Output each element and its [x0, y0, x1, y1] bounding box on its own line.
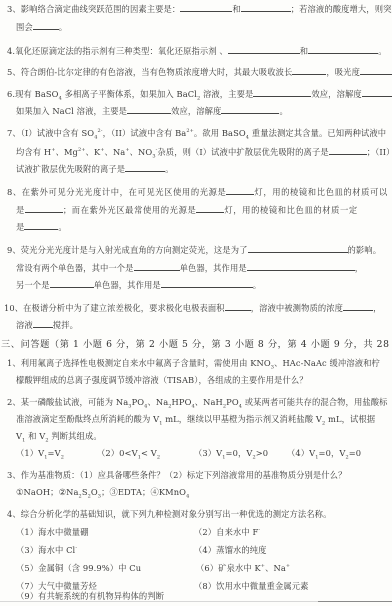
question-text: 试液扩散层优先吸附的离子是	[16, 164, 125, 174]
item-text: 、Na	[265, 563, 286, 573]
question-number: 3、	[7, 470, 21, 480]
answer-blank[interactable]	[33, 319, 53, 328]
short-answer-1-cont: 檬酸钾组成的总离子强度调节缓冲溶液（TISAB），各组成的主要作用是什么？	[16, 375, 308, 386]
question-6: 6.现有 BaSO4 多相离子平衡体系，如果加入 BaCl2 溶液，主要是效应，…	[7, 88, 392, 100]
question-text: 单色器，其作用是	[180, 263, 247, 273]
item-text: （2）自来水中 F	[194, 527, 258, 537]
answer-blank[interactable]	[225, 302, 251, 311]
question-text: 、Mg	[56, 147, 78, 157]
question-9-cont2: 另一个是单色器，其作用是。	[16, 279, 261, 291]
item-2: （2）自来水中 F-	[194, 527, 260, 538]
question-text: ；而在紫外光区最常使用的光源是	[63, 205, 196, 215]
question-text: 荧光分光光度计是与入射光成直角的方向测定荧光，这是为了	[21, 245, 248, 255]
superscript: -	[75, 545, 77, 551]
question-text: 、Na	[147, 397, 168, 407]
item-4: （4）蒸馏水的纯度	[194, 545, 267, 556]
question-text: 、K	[86, 147, 101, 157]
option-4: （4）V1=0，V2=0	[287, 448, 361, 459]
option-text: =0，V	[226, 448, 253, 458]
question-text: ，溶液中被测物质的浓度	[251, 303, 343, 313]
question-text: 符合朗伯-比尔定律的有色溶液，当有色物质浓度增大时，其最大吸收波长	[21, 67, 293, 77]
question-text: 、NaH	[195, 397, 223, 407]
question-10-cont: 溶液搅拌。	[16, 319, 78, 331]
item-5: （5）金属铜（含 99.9%）中 Cu	[16, 563, 141, 574]
question-number: 4.	[7, 46, 15, 56]
question-text: 在紫外可见分光光度计中，在可见光区使用的光源是	[22, 187, 227, 197]
short-answer-4: 4、综合分析化学的基础知识，就下列九种检测对象分别写出一种优选的测定方法名称。	[7, 509, 331, 520]
question-number: 3、	[7, 4, 21, 14]
question-text: mL，继续以甲基橙为指示剂又消耗盐酸 V	[162, 414, 322, 424]
answer-blank[interactable]	[127, 105, 171, 114]
answer-blank[interactable]	[161, 279, 253, 288]
item-text: （6）矿泉水中 K	[196, 563, 261, 573]
question-text: HPO	[172, 397, 192, 407]
question-text: 和	[232, 4, 240, 14]
question-number: 7、	[7, 128, 21, 138]
answer-blank[interactable]	[24, 221, 58, 230]
question-number: 1、	[7, 358, 21, 368]
answer-blank[interactable]	[196, 204, 224, 213]
item-text: （8）饮用水中微量重金属元素	[194, 581, 309, 591]
option-text: （2）0<V	[97, 448, 138, 458]
question-text: 重量法测定其含量。已知两种试液中	[249, 128, 386, 138]
question-number: 8、	[7, 187, 22, 197]
question-text: 。	[165, 164, 173, 174]
question-text: （I）试液中含有 SO	[21, 128, 94, 138]
question-text: 和 V	[25, 431, 45, 441]
answer-blank[interactable]	[50, 279, 94, 288]
question-7: 7、（I）试液中含有 SO42-，（II）试液中含有 Ba2+。欲用 BaSO4…	[7, 128, 386, 139]
question-text: 、HAc-NaAc 缓冲溶液和柠	[274, 358, 380, 368]
item-text: （9）有共轭系统的有机物异构体的判断	[16, 591, 164, 601]
question-text: 溶液，主要是	[200, 89, 253, 99]
question-text: 如果加入 NaCl 溶液，主要是	[16, 106, 127, 116]
exam-page: 3、影响络合滴定曲线突跃范围的因素主要是：和；若溶液的酸度增大，则突跃范 围会。…	[0, 0, 392, 606]
answer-blank[interactable]	[134, 262, 180, 271]
answer-blank[interactable]	[221, 105, 279, 114]
short-answer-3-cont: ①NaOH；②Na2S2O3；③EDTA；④KMnO4	[16, 487, 189, 498]
question-4: 4.氧化还原滴定法的指示剂有三种类型：氧化还原指示剂 、和。	[7, 45, 387, 57]
question-text: 檬酸钾组成的总离子强度调节缓冲溶液（TISAB），各组成的主要作用是什么？	[16, 375, 308, 385]
answer-blank[interactable]	[362, 88, 392, 97]
question-3-cont: 围会。	[16, 21, 67, 33]
question-text: 多相离子平衡体系，如果加入 BaCl	[62, 89, 197, 99]
question-number: 9、	[7, 245, 21, 255]
question-text: 在极谱分析中为了建立浓差极化，要求极化电极表面积	[23, 303, 225, 313]
question-text: 。	[59, 22, 67, 32]
question-8-cont2: 是。	[16, 221, 67, 233]
question-text: 。	[378, 46, 386, 56]
option-text: =0，V	[319, 448, 346, 458]
subscript: 2	[61, 455, 64, 461]
answer-blank[interactable]	[226, 186, 254, 195]
answer-blank[interactable]	[25, 204, 63, 213]
question-text: 综合分析化学的基础知识，就下列九种检测对象分别写出一种优选的测定方法名称。	[21, 509, 332, 519]
question-text: 是	[16, 222, 24, 232]
answer-blank[interactable]	[253, 88, 311, 97]
question-text: 利用氟离子选择性电极测定自来水中氟离子含量时，需使用由 KNO	[21, 358, 271, 368]
answer-blank[interactable]	[228, 45, 300, 54]
option-text: < V	[141, 448, 157, 458]
superscript: +	[286, 563, 290, 569]
item-text: （4）蒸馏水的纯度	[194, 545, 267, 555]
item-3: （3）海水中 Cl-	[16, 545, 77, 556]
question-text: 围会	[16, 22, 33, 32]
option-text: =0	[349, 448, 361, 458]
item-text: （7）大气中微量芳烃	[16, 581, 97, 591]
item-8: （8）饮用水中微量重金属元素	[194, 581, 309, 592]
question-9-cont: 常设有两个单色器，其中一个是单色器，其作用是，	[16, 262, 363, 274]
option-text: （3）V	[194, 448, 222, 458]
question-text: ；③EDTA；④KMnO	[101, 487, 186, 497]
option-text: （1）V	[16, 448, 44, 458]
question-number: 2、	[7, 397, 21, 407]
answer-blank[interactable]	[248, 244, 348, 253]
answer-blank[interactable]	[33, 21, 59, 30]
question-text: 是	[16, 205, 25, 215]
question-text: ；若溶液的酸度增大，则突跃范	[291, 4, 392, 14]
question-text: ，吸光度	[326, 67, 360, 77]
short-answer-1: 1、利用氟离子选择性电极测定自来水中氟离子含量时，需使用由 KNO3、HAc-N…	[7, 358, 380, 369]
question-text: PO	[226, 397, 239, 407]
question-text: 效应，溶解度	[171, 106, 221, 116]
question-8-cont: 是；而在紫外光区最常使用的光源是灯，用的棱镜和比色皿的材质一定	[16, 204, 358, 216]
question-5: 5、符合朗伯-比尔定律的有色溶液，当有色物质浓度增大时，其最大吸收波长，吸光度。	[7, 66, 392, 78]
answer-blank[interactable]	[343, 302, 373, 311]
question-text: 另一个是	[16, 280, 50, 290]
item-text: （1）海水中微量硼	[16, 527, 89, 537]
question-text: 和	[300, 46, 308, 56]
question-text: 、Na	[105, 147, 126, 157]
question-text: 准溶液滴定至酚酞终点所消耗的酸为 V	[16, 414, 159, 424]
question-text: 判断其组成。	[49, 431, 102, 441]
subscript: 4	[186, 494, 189, 500]
item-text: （5）金属铜（含 99.9%）中 Cu	[16, 563, 141, 573]
question-text: 单色器，其作用是	[94, 280, 161, 290]
page-bottom-shadow	[318, 601, 392, 602]
subscript: 3	[152, 154, 155, 160]
question-text: 。	[253, 280, 261, 290]
answer-blank[interactable]	[292, 66, 326, 75]
question-text: 影响络合滴定曲线突跃范围的因素主要是：	[21, 4, 181, 14]
answer-blank[interactable]	[125, 163, 165, 172]
option-text: =V	[48, 448, 61, 458]
question-text: mL，试根据	[325, 414, 375, 424]
answer-blank[interactable]	[329, 146, 367, 155]
section-3-title: 三、问答题（第 1 小题 6 分，第 2 小题 5 分，第 3 小题 8 分，第…	[1, 339, 392, 350]
question-text: 常设有两个单色器，其中一个是	[16, 263, 134, 273]
question-text: ，	[373, 303, 381, 313]
short-answer-2-cont: 准溶液滴定至酚酞终点所消耗的酸为 V1 mL，继续以甲基橙为指示剂又消耗盐酸 V…	[16, 414, 375, 425]
question-text: 灯，用的棱镜和比色皿的材质一定	[224, 205, 357, 215]
question-text: 溶液	[16, 320, 33, 330]
short-answer-2-cont2: V1 和 V2 判断其组成。	[16, 431, 102, 442]
superscript: 2+	[78, 147, 86, 153]
question-text: 、NO	[130, 147, 153, 157]
question-number: 5、	[7, 67, 21, 77]
option-1: （1）V1=V2	[16, 448, 64, 459]
item-6: （6）矿泉水中 K+、Na+	[196, 563, 290, 574]
question-number: 4、	[7, 509, 21, 519]
question-text: 。	[58, 222, 66, 232]
subscript: 2	[157, 455, 160, 461]
question-text: 现有 BaSO	[15, 89, 58, 99]
subscript: 4	[94, 135, 97, 141]
answer-blank[interactable]	[360, 66, 392, 75]
question-text: 灯，用的棱镜和比色皿的材质可以	[254, 187, 387, 197]
option-2: （2）0<V1< V2	[97, 448, 160, 459]
question-text: 效应，溶解度	[311, 89, 361, 99]
question-text: 搅拌。	[53, 320, 78, 330]
question-text: 。	[279, 106, 287, 116]
question-text: 某一磷酸盐试液，可能为 Na	[21, 397, 129, 407]
question-number: 6.	[7, 89, 15, 99]
question-number: 10、	[4, 303, 23, 313]
answer-blank[interactable]	[241, 3, 291, 12]
question-text: O	[91, 487, 98, 497]
question-3: 3、影响络合滴定曲线突跃范围的因素主要是：和；若溶液的酸度增大，则突跃范	[7, 3, 392, 15]
question-text: ，（II）试液中含有 Ba	[103, 128, 187, 138]
question-6-cont: 如果加入 NaCl 溶液，主要是效应，溶解度。	[16, 105, 288, 117]
question-10: 10、在极谱分析中为了建立浓差极化，要求极化电极表面积，溶液中被测物质的浓度，	[4, 302, 381, 314]
option-text: （4）V	[287, 448, 315, 458]
answer-blank[interactable]	[247, 262, 355, 271]
question-8: 8、在紫外可见分光光度计中，在可见光区使用的光源是灯，用的棱镜和比色皿的材质可以	[7, 186, 388, 198]
question-text: 。欲用 BaSO	[194, 128, 246, 138]
question-text: 均含有 H	[16, 147, 51, 157]
short-answer-3: 3、作为基准物质：（1）应具备哪些条件？（2）标定下列溶液常用的基准物质分别是什…	[7, 470, 346, 481]
question-text: ；（II）	[367, 147, 392, 157]
question-text: ，	[355, 263, 363, 273]
superscript: 2+	[186, 128, 194, 134]
short-answer-2: 2、某一磷酸盐试液，可能为 Na3PO4、Na2HPO4、NaH2PO4 或某两…	[7, 397, 388, 408]
question-text: ①NaOH；②Na	[16, 487, 79, 497]
option-text: >0	[256, 448, 268, 458]
question-9: 9、荧光分光光度计是与入射光成直角的方向测定荧光，这是为了的影响。	[7, 244, 381, 256]
question-7-cont2: 试液扩散层优先吸附的离子是。	[16, 163, 174, 175]
item-text: （3）海水中 Cl	[16, 545, 75, 555]
question-text: 的影响。	[348, 245, 382, 255]
superscript: -	[258, 527, 260, 533]
question-text: 作为基准物质：（1）应具备哪些条件？（2）标定下列溶液常用的基准物质分别是什么？	[21, 470, 347, 480]
option-3: （3）V1=0，V2>0	[194, 448, 268, 459]
question-text: 或某两者可能共存的混合物，用盐酸标	[242, 397, 388, 407]
question-text: 氧化还原滴定法的指示剂有三种类型：氧化还原指示剂 、	[15, 46, 228, 56]
item-1: （1）海水中微量硼	[16, 527, 89, 538]
answer-blank[interactable]	[180, 3, 232, 12]
question-7-cont: 均含有 H+、Mg2+、K+、Na+、NO3-杂质，则（I）试液中扩散层优先吸附…	[16, 146, 392, 158]
question-text: 杂质，则（I）试液中扩散层优先吸附的离子是	[157, 147, 328, 157]
answer-blank[interactable]	[308, 45, 378, 54]
question-text: PO	[132, 397, 145, 407]
